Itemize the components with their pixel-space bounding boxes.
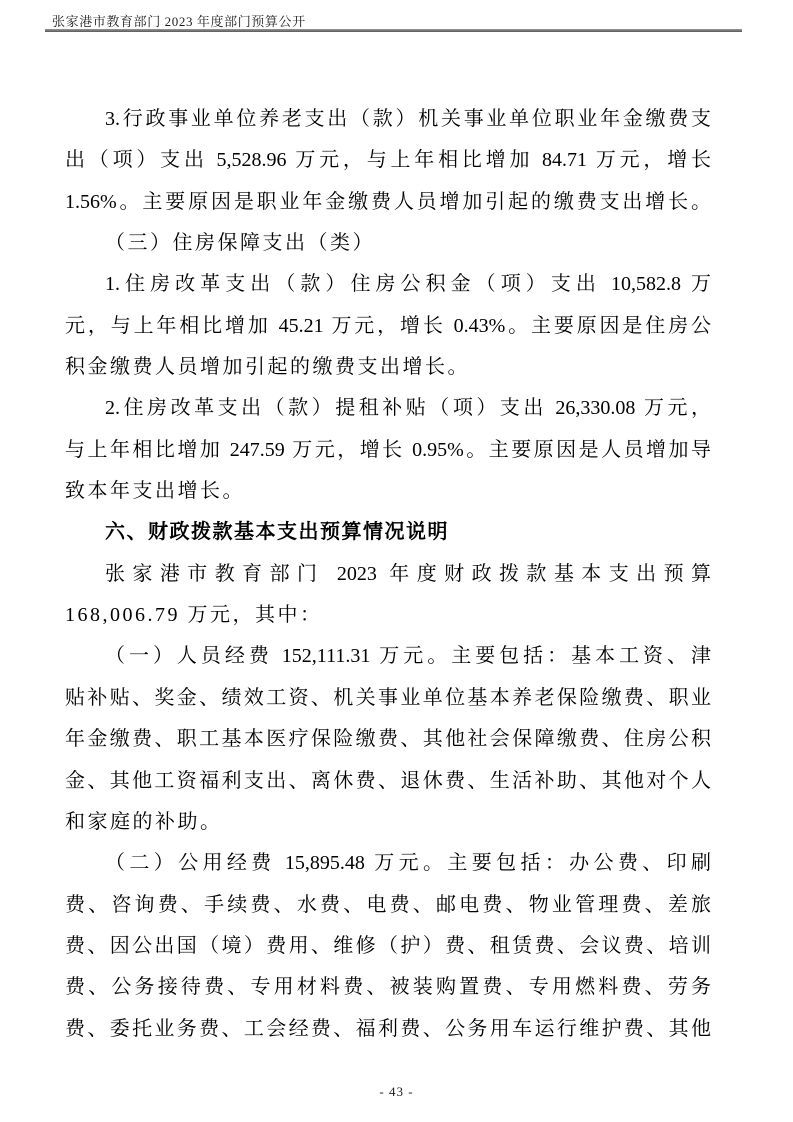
paragraph-personnel-funds: （一）人员经费 152,111.31 万元。主要包括：基本工资、津 贴补贴、奖金… bbox=[65, 636, 711, 843]
body-line: 费、公务接待费、专用材料费、被装购置费、专用燃料费、劳务 bbox=[65, 967, 711, 1008]
body-line: 金、其他工资福利支出、离休费、退休费、生活补助、其他对个人 bbox=[65, 761, 711, 802]
body-line: 出（项）支出 5,528.96 万元，与上年相比增加 84.71 万元，增长 bbox=[65, 140, 711, 181]
body-line: 2.住房改革支出（款）提租补贴（项）支出 26,330.08 万元， bbox=[65, 388, 711, 429]
body-line: 贴补贴、奖金、绩效工资、机关事业单位基本养老保险缴费、职业 bbox=[65, 678, 711, 719]
body-line: （一）人员经费 152,111.31 万元。主要包括：基本工资、津 bbox=[65, 636, 711, 677]
paragraph-basic-expenditure-total: 张家港市教育部门 2023 年度财政拨款基本支出预算 168,006.79 万元… bbox=[65, 554, 711, 637]
body-line: 费、因公出国（境）费用、维修（护）费、租赁费、会议费、培训 bbox=[65, 926, 711, 967]
body-line: （二）公用经费 15,895.48 万元。主要包括：办公费、印刷 bbox=[65, 843, 711, 884]
paragraph-rent-subsidy-item-2: 2.住房改革支出（款）提租补贴（项）支出 26,330.08 万元， 与上年相比… bbox=[65, 388, 711, 512]
heading-section-six: 六、财政拨款基本支出预算情况说明 bbox=[65, 512, 711, 553]
body-line: 3.行政事业单位养老支出（款）机关事业单位职业年金缴费支 bbox=[65, 99, 711, 140]
heading-housing-security: （三）住房保障支出（类） bbox=[65, 223, 711, 264]
paragraph-public-funds: （二）公用经费 15,895.48 万元。主要包括：办公费、印刷 费、咨询费、手… bbox=[65, 843, 711, 1050]
paragraph-pension-annuity-item-3: 3.行政事业单位养老支出（款）机关事业单位职业年金缴费支 出（项）支出 5,52… bbox=[65, 99, 711, 223]
header-divider-rule bbox=[45, 29, 742, 32]
page-number: - 43 - bbox=[0, 1084, 793, 1100]
section-heading-line: （三）住房保障支出（类） bbox=[65, 223, 711, 264]
body-line: 元，与上年相比增加 45.21 万元，增长 0.43%。主要原因是住房公 bbox=[65, 306, 711, 347]
document-page: 张家港市教育部门 2023 年度部门预算公开 3.行政事业单位养老支出（款）机关… bbox=[0, 0, 793, 1122]
body-line: 张家港市教育部门 2023 年度财政拨款基本支出预算 bbox=[65, 554, 711, 595]
body-line: 与上年相比增加 247.59 万元，增长 0.95%。主要原因是人员增加导 bbox=[65, 430, 711, 471]
document-body: 3.行政事业单位养老支出（款）机关事业单位职业年金缴费支 出（项）支出 5,52… bbox=[65, 99, 711, 1050]
body-line: 年金缴费、职工基本医疗保险缴费、其他社会保障缴费、住房公积 bbox=[65, 719, 711, 760]
section-heading-line: 六、财政拨款基本支出预算情况说明 bbox=[65, 512, 711, 553]
body-line: 和家庭的补助。 bbox=[65, 802, 711, 843]
body-line: 1.56%。主要原因是职业年金缴费人员增加引起的缴费支出增长。 bbox=[65, 182, 711, 223]
body-line: 费、咨询费、手续费、水费、电费、邮电费、物业管理费、差旅 bbox=[65, 885, 711, 926]
body-line: 1.住房改革支出（款）住房公积金（项）支出 10,582.8 万 bbox=[65, 264, 711, 305]
body-line: 积金缴费人员增加引起的缴费支出增长。 bbox=[65, 347, 711, 388]
body-line: 费、委托业务费、工会经费、福利费、公务用车运行维护费、其他 bbox=[65, 1009, 711, 1050]
body-line: 168,006.79 万元，其中： bbox=[65, 595, 711, 636]
page-header-title: 张家港市教育部门 2023 年度部门预算公开 bbox=[52, 11, 306, 30]
body-line: 致本年支出增长。 bbox=[65, 471, 711, 512]
paragraph-housing-fund-item-1: 1.住房改革支出（款）住房公积金（项）支出 10,582.8 万 元，与上年相比… bbox=[65, 264, 711, 388]
